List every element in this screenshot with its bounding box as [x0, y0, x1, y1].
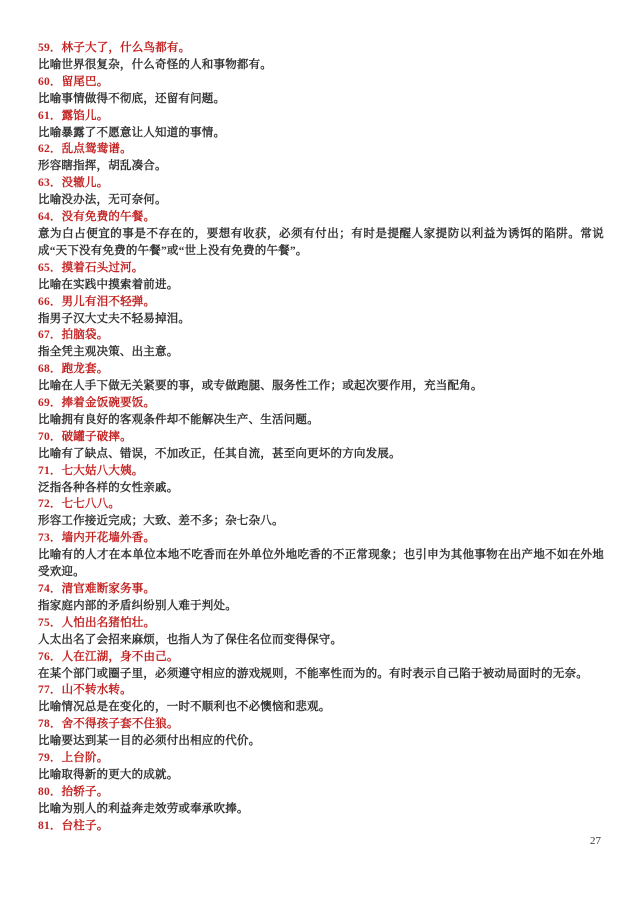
idiom-heading: 80．抬轿子。	[38, 784, 604, 801]
idiom-description: 比喻暴露了不愿意让人知道的事情。	[38, 125, 604, 142]
idiom-heading: 66．男儿有泪不轻弹。	[38, 294, 604, 311]
idiom-heading: 59．林子大了，什么鸟都有。	[38, 40, 604, 57]
idiom-heading: 78．舍不得孩子套不住狼。	[38, 716, 604, 733]
idiom-description: 意为白占便宜的事是不存在的，要想有收获，必须有付出；有时是提醒人家提防以利益为诱…	[38, 226, 604, 260]
idiom-description: 比喻要达到某一目的必须付出相应的代价。	[38, 733, 604, 750]
idiom-description: 比喻在实践中摸索着前进。	[38, 277, 604, 294]
idiom-list: 59．林子大了，什么鸟都有。比喻世界很复杂，什么奇怪的人和事物都有。60．留尾巴…	[38, 40, 604, 835]
idiom-heading: 68．跑龙套。	[38, 361, 604, 378]
page-number: 27	[590, 835, 601, 847]
idiom-heading: 61．露馅儿。	[38, 108, 604, 125]
idiom-heading: 71．七大姑八大姨。	[38, 463, 604, 480]
idiom-heading: 75．人怕出名猪怕壮。	[38, 615, 604, 632]
idiom-heading: 69．捧着金饭碗要饭。	[38, 395, 604, 412]
idiom-description: 形容瞎指挥，胡乱凑合。	[38, 158, 604, 175]
idiom-description: 人太出名了会招来麻烦，也指人为了保住名位而变得保守。	[38, 632, 604, 649]
idiom-heading: 62．乱点鸳鸯谱。	[38, 141, 604, 158]
idiom-heading: 70．破罐子破摔。	[38, 429, 604, 446]
idiom-description: 比喻没办法，无可奈何。	[38, 192, 604, 209]
idiom-description: 比喻拥有良好的客观条件却不能解决生产、生活问题。	[38, 412, 604, 429]
idiom-description: 比喻在人手下做无关紧要的事，或专做跑腿、服务性工作；或起次要作用，充当配角。	[38, 378, 604, 395]
idiom-description: 比喻有的人才在本单位本地不吃香而在外单位外地吃香的不正常现象；也引申为其他事物在…	[38, 547, 604, 581]
idiom-description: 指全凭主观决策、出主意。	[38, 344, 604, 361]
idiom-description: 泛指各种各样的女性亲戚。	[38, 480, 604, 497]
idiom-description: 比喻取得新的更大的成就。	[38, 767, 604, 784]
idiom-description: 指男子汉大丈夫不轻易掉泪。	[38, 311, 604, 328]
idiom-heading: 65．摸着石头过河。	[38, 260, 604, 277]
idiom-description: 比喻有了缺点、错误，不加改正，任其自流，甚至向更坏的方向发展。	[38, 446, 604, 463]
idiom-heading: 63．没辙儿。	[38, 175, 604, 192]
idiom-heading: 72．七七八八。	[38, 496, 604, 513]
idiom-description: 形容工作接近完成；大致、差不多；杂七杂八。	[38, 513, 604, 530]
idiom-description: 比喻事情做得不彻底，还留有问题。	[38, 91, 604, 108]
idiom-heading: 81．台柱子。	[38, 818, 604, 835]
idiom-heading: 79．上台阶。	[38, 750, 604, 767]
idiom-heading: 64．没有免费的午餐。	[38, 209, 604, 226]
idiom-description: 比喻情况总是在变化的，一时不顺利也不必懊恼和悲观。	[38, 699, 604, 716]
idiom-description: 指家庭内部的矛盾纠纷别人难于判处。	[38, 598, 604, 615]
idiom-description: 比喻为别人的利益奔走效劳或奉承吹捧。	[38, 801, 604, 818]
document-page: 59．林子大了，什么鸟都有。比喻世界很复杂，什么奇怪的人和事物都有。60．留尾巴…	[0, 0, 640, 905]
idiom-heading: 73．墙内开花墙外香。	[38, 530, 604, 547]
idiom-heading: 67．拍脑袋。	[38, 327, 604, 344]
idiom-heading: 76．人在江湖，身不由己。	[38, 649, 604, 666]
idiom-heading: 60．留尾巴。	[38, 74, 604, 91]
idiom-heading: 77．山不转水转。	[38, 682, 604, 699]
idiom-description: 在某个部门或圈子里，必须遵守相应的游戏规则，不能率性而为的。有时表示自己陷于被动…	[38, 666, 604, 683]
idiom-heading: 74．清官难断家务事。	[38, 581, 604, 598]
idiom-description: 比喻世界很复杂，什么奇怪的人和事物都有。	[38, 57, 604, 74]
